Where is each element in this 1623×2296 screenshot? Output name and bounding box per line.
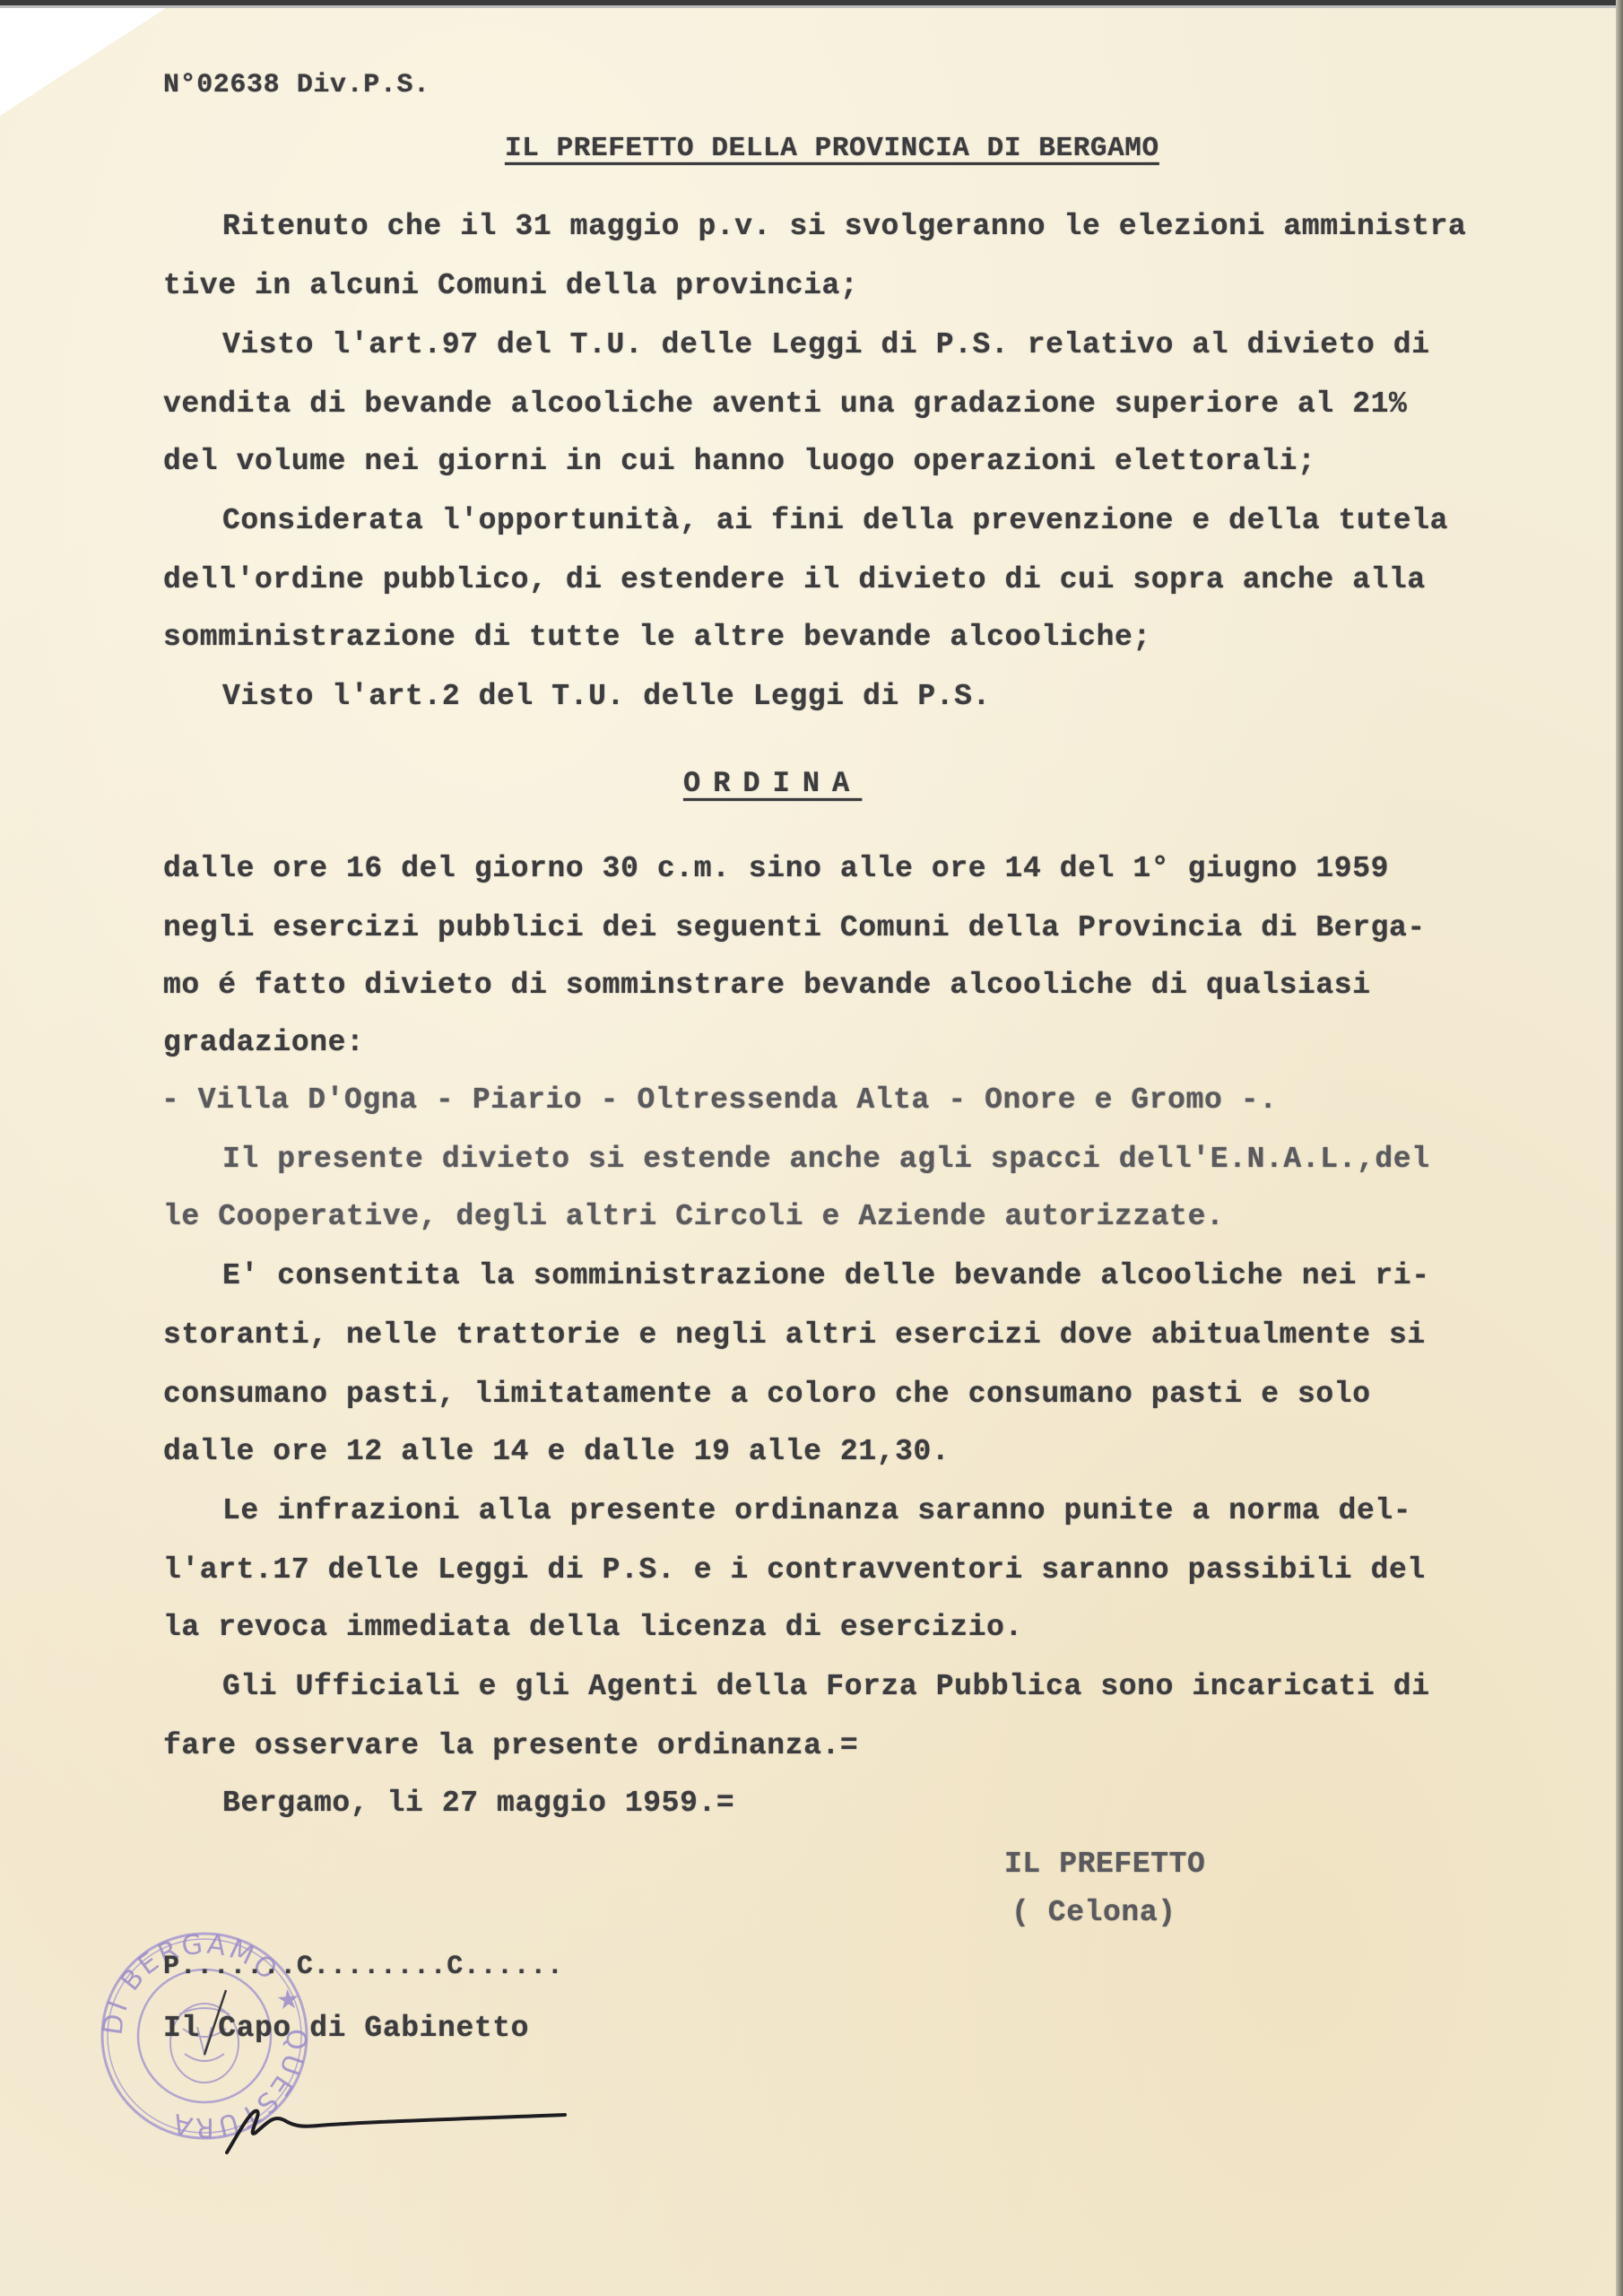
folded-corner <box>0 8 166 116</box>
order-heading: ORDINA <box>683 770 862 798</box>
handwritten-signature-icon <box>220 2081 578 2170</box>
body-line: gradazione: <box>163 1028 364 1057</box>
body-line: consumano pasti, limitatamente a coloro … <box>163 1379 1371 1409</box>
municipalities-list: - Villa D'Ogna - Piario - Oltressenda Al… <box>161 1085 1278 1115</box>
slash-mark-icon <box>197 1987 233 2058</box>
body-line: negli esercizi pubblici dei seguenti Com… <box>163 913 1426 943</box>
preamble-line: somministrazione di tutte le altre bevan… <box>163 622 1151 652</box>
protocol-number: N°02638 Div.P.S. <box>163 72 430 99</box>
preamble-line: tive in alcuni Comuni della provincia; <box>163 271 858 300</box>
body-line: dalle ore 12 alle 14 e dalle 19 alle 21,… <box>163 1437 950 1466</box>
preamble-line: Visto l'art.97 del T.U. delle Leggi di P… <box>222 330 1430 360</box>
signatory-name: ( Celona) <box>1011 1898 1176 1927</box>
document-page: N°02638 Div.P.S. IL PREFETTO DELLA PROVI… <box>0 0 1623 2296</box>
body-line: Le infrazioni alla presente ordinanza sa… <box>222 1496 1411 1526</box>
body-line: storanti, nelle trattorie e negli altri … <box>163 1320 1426 1350</box>
preamble-line: del volume nei giorni in cui hanno luogo… <box>163 447 1315 476</box>
body-line: la revoca immediata della licenza di ese… <box>163 1613 1023 1642</box>
body-line: Il presente divieto si estende anche agl… <box>222 1144 1430 1174</box>
body-line: l'art.17 delle Leggi di P.S. e i contrav… <box>163 1555 1426 1585</box>
certification-pcc: P.......C........C...... <box>163 1953 563 1980</box>
document-heading: IL PREFETTO DELLA PROVINCIA DI BERGAMO <box>505 135 1159 162</box>
body-line: le Cooperative, degli altri Circoli e Az… <box>163 1202 1224 1231</box>
scan-frame-top-highlight <box>0 5 1623 8</box>
body-line: fare osservare la presente ordinanza.= <box>163 1731 858 1761</box>
preamble-line: Ritenuto che il 31 maggio p.v. si svolge… <box>222 212 1466 241</box>
preamble-line: Visto l'art.2 del T.U. delle Leggi di P.… <box>222 682 991 711</box>
preamble-line: vendita di bevande alcooliche aventi una… <box>163 389 1407 419</box>
body-line: E' consentita la somministrazione delle … <box>222 1261 1430 1291</box>
body-line: Gli Ufficiali e gli Agenti della Forza P… <box>222 1672 1430 1701</box>
preamble-line: Considerata l'opportunità, ai fini della… <box>222 506 1448 535</box>
signatory-title: IL PREFETTO <box>1004 1849 1205 1879</box>
date-line: Bergamo, li 27 maggio 1959.= <box>222 1788 734 1818</box>
preamble-line: dell'ordine pubblico, di estendere il di… <box>163 565 1426 595</box>
body-line: mo é fatto divieto di somminstrare bevan… <box>163 970 1371 1000</box>
scan-frame-right <box>1616 0 1623 2296</box>
body-line: dalle ore 16 del giorno 30 c.m. sino all… <box>163 854 1389 883</box>
